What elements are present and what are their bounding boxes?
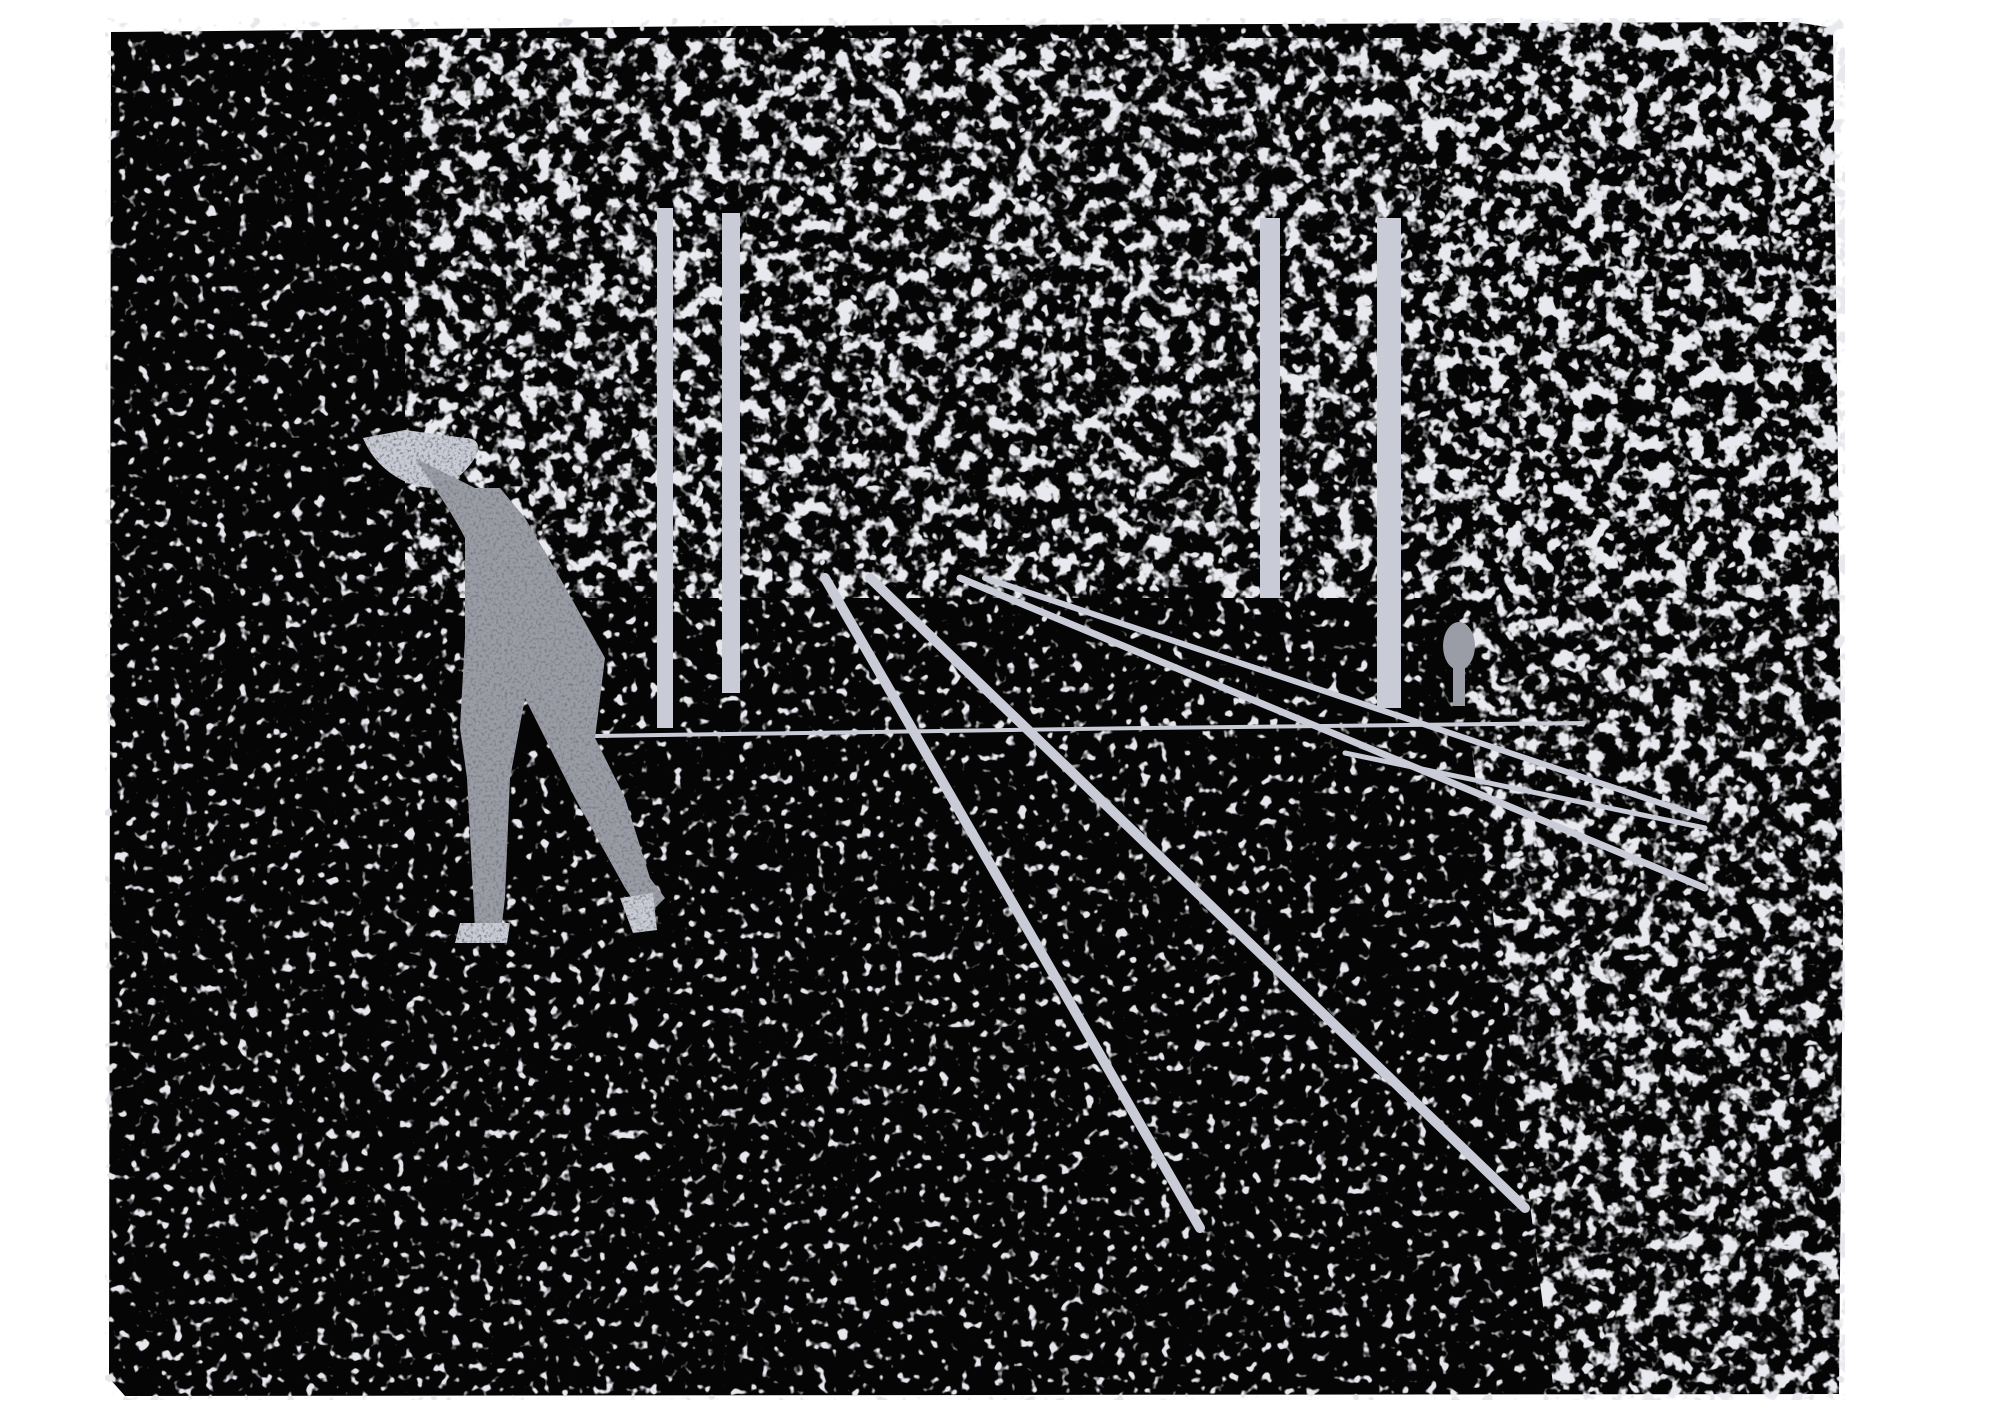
print-plate (105, 18, 1845, 1400)
artwork-canvas (105, 18, 1845, 1400)
